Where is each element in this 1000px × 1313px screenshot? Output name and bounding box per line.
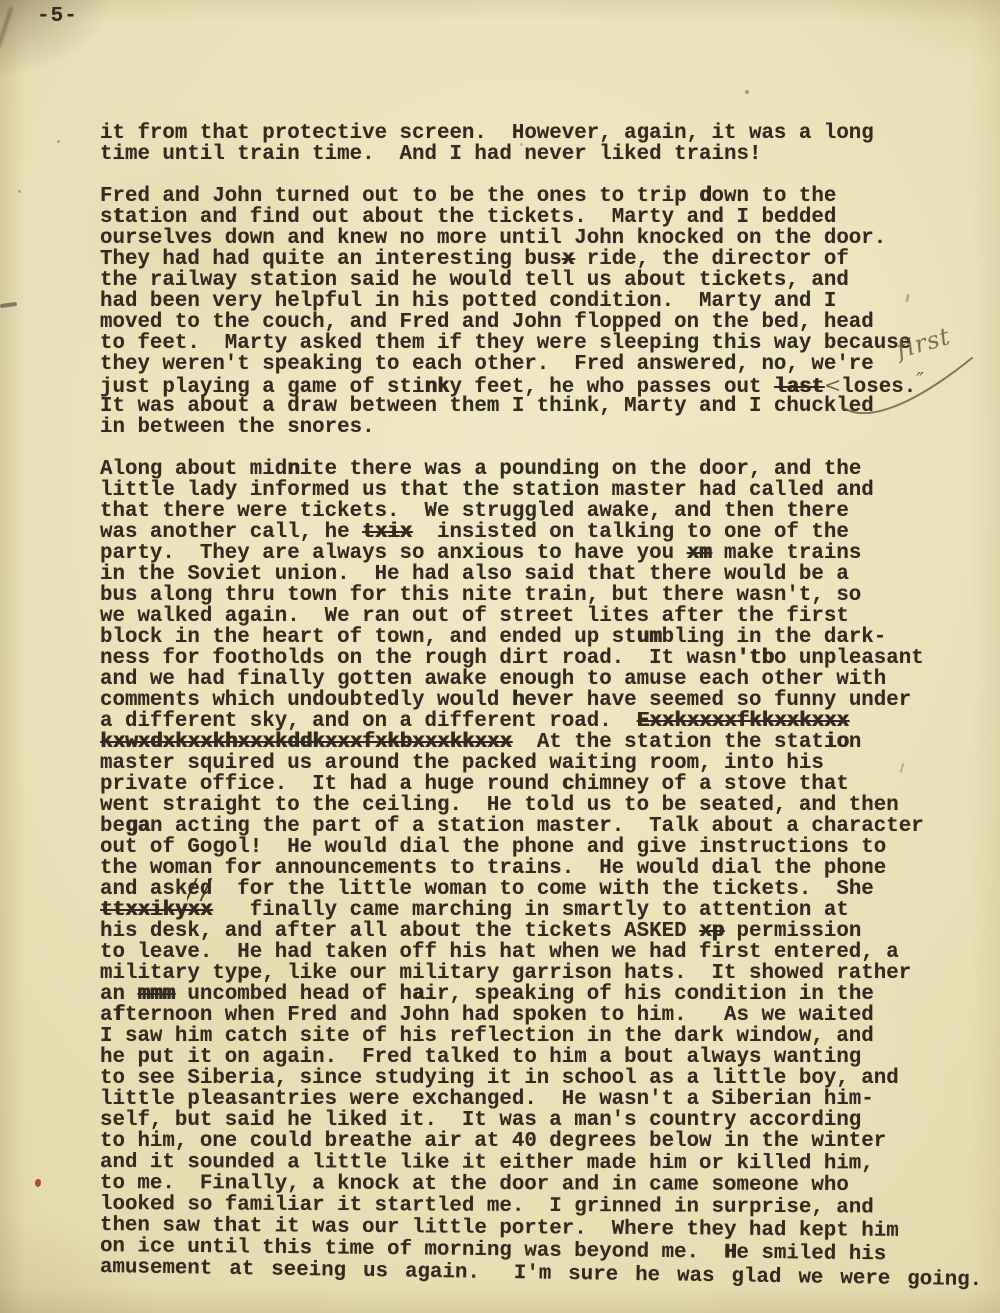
- typed-line: to feet. Marty asked them if they were s…: [100, 333, 982, 354]
- typed-line: I saw him catch site of his reflection i…: [100, 1026, 982, 1047]
- typed-line: little lady informed us that the station…: [100, 480, 982, 501]
- typed-line: to him, one could breathe air at 40 degr…: [100, 1131, 982, 1152]
- typed-line: Fred and John turned out to be the ones …: [100, 186, 982, 207]
- typed-text: it from that protective screen. However,…: [100, 123, 982, 1299]
- typed-line: in between the snores.: [100, 417, 982, 438]
- typed-line: and we had finally gotten awake enough t…: [100, 669, 982, 690]
- typed-line: was another call, he txix insisted on ta…: [100, 522, 982, 543]
- typed-line: the railway station said he would tell u…: [100, 270, 982, 291]
- typed-line: in the Soviet union. He had also said th…: [100, 564, 982, 585]
- typed-line: moved to the couch, and Fred and John fl…: [100, 312, 982, 333]
- page-number: -5-: [37, 5, 78, 28]
- paragraph: it from that protective screen. However,…: [100, 123, 982, 165]
- typed-line: his desk, and after all about the ticket…: [100, 921, 982, 942]
- paper-speck: [35, 1179, 41, 1187]
- typed-line: and it sounded a little like it either m…: [100, 1152, 982, 1175]
- paper-speck: [745, 90, 749, 94]
- paper-speck: [57, 140, 60, 143]
- typed-line: party. They are always so anxious to hav…: [100, 543, 982, 564]
- typed-line: Along about midnite there was a pounding…: [100, 459, 982, 480]
- paper-speck: [18, 190, 21, 193]
- typed-line: kxwxdxkxxkhxxxkddkxxxfxkbxxxkkxxx At the…: [100, 732, 982, 753]
- handwritten-curve-line: [838, 352, 978, 414]
- typed-line: master squired us around the packed wait…: [100, 753, 982, 774]
- typed-line: time until train time. And I had never l…: [100, 144, 982, 165]
- typed-line: it from that protective screen. However,…: [100, 123, 982, 144]
- typed-line: block in the heart of town, and ended up…: [100, 627, 982, 648]
- typed-line: an mmm uncombed head of hair, speaking o…: [100, 984, 982, 1005]
- typed-line: and asked for the little woman to come w…: [100, 879, 982, 900]
- corner-crease: [0, 6, 13, 47]
- typed-line: self, but said he liked it. It was a man…: [100, 1110, 982, 1131]
- paragraph: Along about midnite there was a pounding…: [100, 459, 982, 1278]
- typed-line: began acting the part of a station maste…: [100, 816, 982, 837]
- document-page: -5- it from that protective screen. Howe…: [0, 0, 1000, 1313]
- typed-line: ourselves down and knew no more until Jo…: [100, 228, 982, 249]
- typed-line: ness for footholds on the rough dirt roa…: [100, 648, 982, 669]
- typed-line: went straight to the ceiling. He told us…: [100, 795, 982, 816]
- typed-line: bus along thru town for this nite train,…: [100, 585, 982, 606]
- typed-line: to see Siberia, since studying it in sch…: [100, 1068, 982, 1089]
- typed-line: afternoon when Fred and John had spoken …: [100, 1005, 982, 1026]
- typed-line: a different sky, and on a different road…: [100, 711, 982, 732]
- typed-line: station and find out about the tickets. …: [100, 207, 982, 228]
- typed-line: little pleasantries were exchanged. He w…: [100, 1089, 982, 1110]
- typed-line: ttxxikyxx finally came marching in smart…: [100, 900, 982, 921]
- typed-line: that there were tickets. We struggled aw…: [100, 501, 982, 522]
- edge-pencil-mark: [0, 302, 17, 308]
- typed-line: the woman for announcements to trains. H…: [100, 858, 982, 879]
- typed-line: private office. It had a huge round chim…: [100, 774, 982, 795]
- typed-line: to leave. He had taken off his hat when …: [100, 942, 982, 963]
- typed-line: he put it on again. Fred talked to him a…: [100, 1047, 982, 1068]
- typed-line: we walked again. We ran out of street li…: [100, 606, 982, 627]
- typed-line: had been very helpful in his potted cond…: [100, 291, 982, 312]
- typed-line: out of Gogol! He would dial the phone an…: [100, 837, 982, 858]
- typed-line: military type, like our military garriso…: [100, 963, 982, 984]
- typed-line: comments which undoubtedly would hever h…: [100, 690, 982, 711]
- typed-line: They had had quite an interesting busx r…: [100, 249, 982, 270]
